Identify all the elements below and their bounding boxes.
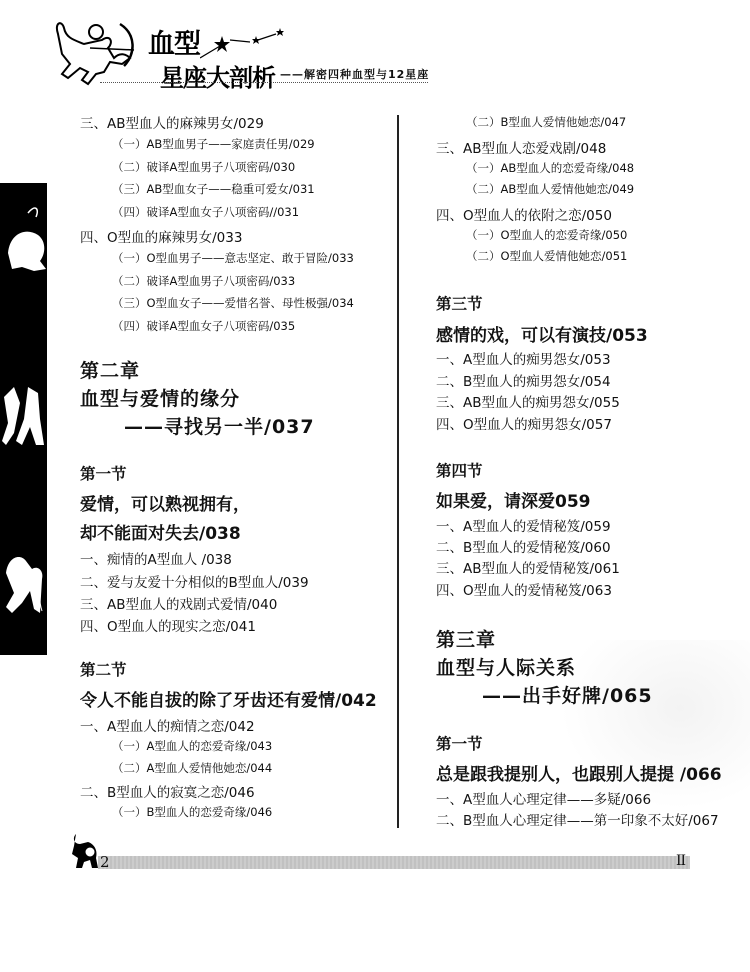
toc-subentry: （二）A型血人爱情他她恋/044 — [112, 760, 272, 776]
toc-subentry: （二）AB型血人爱情他她恋/049 — [466, 181, 634, 197]
page-number-right: II — [676, 853, 685, 869]
chapter-heading: 血型与人际关系 — [436, 653, 576, 680]
section-heading: 第三节 — [436, 292, 483, 314]
section-title: 令人不能自拔的除了牙齿还有爱情/042 — [80, 686, 377, 711]
book-title-line1: 血型 — [148, 22, 200, 61]
aquarius-icon — [6, 557, 42, 613]
book-subtitle: ——解密四种血型与12星座 — [280, 66, 429, 82]
toc-subentry: （一）A型血人的恋爱奇缘/043 — [112, 738, 272, 754]
chapter-heading: 第三章 — [436, 625, 496, 652]
sagittarius-logo-icon — [44, 14, 144, 90]
section-heading: 第一节 — [436, 732, 483, 754]
toc-entry: 三、AB型血人恋爱戏剧/048 — [436, 137, 606, 157]
toc-entry: 一、A型血人心理定律——多疑/066 — [436, 788, 651, 808]
toc-entry: 二、B型血人的痴男怨女/054 — [436, 370, 611, 390]
chapter-heading: 血型与爱情的缘分 — [80, 384, 240, 411]
toc-subentry: （一）O型血男子——意志坚定、敢于冒险/033 — [112, 250, 354, 266]
toc-subentry: （四）破译A型血女子八项密码//031 — [112, 204, 299, 220]
toc-entry: 四、O型血的麻辣男女/033 — [80, 226, 242, 246]
zodiac-side-strip — [0, 183, 47, 655]
toc-entry: 一、A型血人的痴男怨女/053 — [436, 348, 611, 368]
chapter-heading: ——出手好牌/065 — [482, 681, 653, 708]
toc-subentry: （一）AB型血男子——家庭责任男/029 — [112, 136, 315, 152]
toc-subentry: （三）O型血女子——爱惜名誉、母性极强/034 — [112, 295, 354, 311]
toc-subentry: （一）O型血人的恋爱奇缘/050 — [466, 227, 627, 243]
toc-entry: 三、AB型血人的痴男怨女/055 — [436, 391, 620, 411]
section-title: 感情的戏，可以有演技/053 — [436, 321, 648, 346]
toc-subentry: （一）B型血人的恋爱奇缘/046 — [112, 804, 272, 820]
toc-subentry: （一）AB型血人的恋爱奇缘/048 — [466, 160, 634, 176]
book-title-line2: 星座大剖析 — [160, 58, 275, 93]
chapter-heading: 第二章 — [80, 356, 140, 383]
toc-entry: 一、A型血人的痴情之恋/042 — [80, 715, 255, 735]
toc-subentry: （二）破译A型血男子八项密码/033 — [112, 273, 295, 289]
toc-entry: 三、AB型血人的麻辣男女/029 — [80, 112, 264, 132]
toc-subentry: （三）AB型血女子——稳重可爱女/031 — [112, 181, 315, 197]
footer-bar — [98, 856, 690, 869]
page-number-left: 2 — [100, 853, 110, 871]
gemini-icon — [2, 387, 44, 445]
toc-subentry: （四）破译A型血女子八项密码/035 — [112, 318, 295, 334]
section-title: 总是跟我提别人，也跟别人提提 /066 — [436, 760, 722, 785]
toc-entry: 三、AB型血人的戏剧式爱情/040 — [80, 593, 277, 613]
column-divider — [397, 115, 399, 828]
toc-entry: 三、AB型血人的爱情秘笈/061 — [436, 557, 620, 577]
taurus-footer-icon — [68, 832, 102, 870]
toc-entry: 四、O型血人的依附之恋/050 — [436, 204, 612, 224]
section-title: 如果爱，请深爱059 — [436, 487, 591, 512]
toc-entry: 二、B型血人的爱情秘笈/060 — [436, 536, 611, 556]
toc-entry: 一、痴情的A型血人 /038 — [80, 548, 232, 568]
toc-subentry: （二）破译A型血男子八项密码/030 — [112, 159, 295, 175]
section-title: 却不能面对失去/038 — [80, 519, 241, 544]
leo-icon — [8, 208, 46, 271]
toc-entry: 二、爱与友爱十分相似的B型血人/039 — [80, 571, 309, 591]
section-heading: 第四节 — [436, 459, 483, 481]
section-heading: 第一节 — [80, 462, 127, 484]
toc-subentry: （二）B型血人爱情他她恋/047 — [466, 114, 626, 130]
toc-entry: 一、A型血人的爱情秘笈/059 — [436, 515, 611, 535]
toc-entry: 四、O型血人的爱情秘笈/063 — [436, 579, 612, 599]
toc-subentry: （二）O型血人爱情他她恋/051 — [466, 248, 627, 264]
header-dotted-rule — [100, 82, 428, 83]
toc-entry: 二、B型血人的寂寞之恋/046 — [80, 781, 255, 801]
toc-entry: 二、B型血人心理定律——第一印象不太好/067 — [436, 809, 719, 829]
chapter-heading: ——寻找另一半/037 — [124, 412, 315, 439]
toc-entry: 四、O型血人的痴男怨女/057 — [436, 413, 612, 433]
section-heading: 第二节 — [80, 658, 127, 680]
section-title: 爱情，可以熟视拥有， — [80, 490, 250, 515]
toc-entry: 四、O型血人的现实之恋/041 — [80, 615, 256, 635]
